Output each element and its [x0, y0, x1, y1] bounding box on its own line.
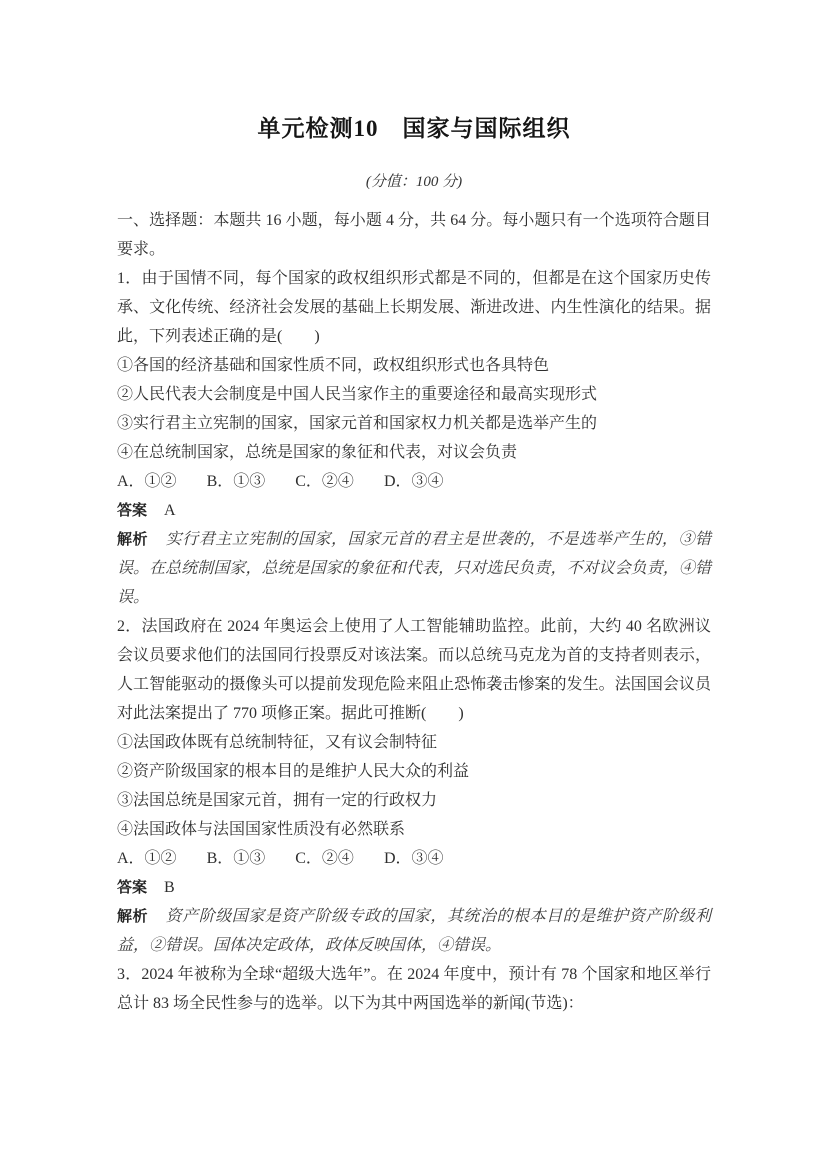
page-title: 单元检测10 国家与国际组织	[117, 112, 711, 145]
answer-label: 答案	[117, 879, 147, 896]
section-header: 一、选择题：本题共 16 小题，每小题 4 分，共 64 分。每小题只有一个选项…	[117, 206, 711, 264]
question-1-choice-row: A．①② B．①③ C．②④ D．③④	[117, 467, 711, 496]
question-1-option-1: ①各国的经济基础和国家性质不同，政权组织形式也各具特色	[117, 351, 711, 380]
choice-c: C．②④	[295, 844, 354, 873]
question-3-stem: 3．2024 年被称为全球“超级大选年”。在 2024 年度中，预计有 78 个…	[117, 960, 711, 1018]
question-1-option-3: ③实行君主立宪制的国家，国家元首和国家权力机关都是选举产生的	[117, 409, 711, 438]
question-1: 1．由于国情不同，每个国家的政权组织形式都是不同的，但都是在这个国家历史传承、文…	[117, 264, 711, 612]
question-2: 2．法国政府在 2024 年奥运会上使用了人工智能辅助监控。此前，大约 40 名…	[117, 612, 711, 960]
question-2-option-2: ②资产阶级国家的根本目的是维护人民大众的利益	[117, 757, 711, 786]
question-2-option-4: ④法国政体与法国国家性质没有必然联系	[117, 815, 711, 844]
analysis-label: 解析	[117, 908, 148, 925]
question-1-option-2: ②人民代表大会制度是中国人民当家作主的重要途径和最高实现形式	[117, 380, 711, 409]
analysis-text: 资产阶级国家是资产阶级专政的国家，其统治的根本目的是维护资产阶级利益，②错误。国…	[117, 908, 711, 954]
exam-document-page: 单元检测10 国家与国际组织 (分值：100 分) 一、选择题：本题共 16 小…	[0, 0, 827, 1169]
answer-label: 答案	[117, 502, 147, 519]
choice-c: C．②④	[295, 467, 354, 496]
question-2-option-1: ①法国政体既有总统制特征，又有议会制特征	[117, 728, 711, 757]
choice-a: A．①②	[117, 844, 177, 873]
score-note: (分值：100 分)	[117, 171, 711, 193]
question-2-choice-row: A．①② B．①③ C．②④ D．③④	[117, 844, 711, 873]
question-1-option-4: ④在总统制国家，总统是国家的象征和代表，对议会负责	[117, 438, 711, 467]
question-2-option-3: ③法国总统是国家元首，拥有一定的行政权力	[117, 786, 711, 815]
question-1-analysis-line: 解析 实行君主立宪制的国家，国家元首的君主是世袭的，不是选举产生的，③错误。在总…	[117, 525, 711, 612]
question-2-analysis-line: 解析 资产阶级国家是资产阶级专政的国家，其统治的根本目的是维护资产阶级利益，②错…	[117, 902, 711, 960]
document-content: 单元检测10 国家与国际组织 (分值：100 分) 一、选择题：本题共 16 小…	[0, 0, 827, 1018]
answer-value: A	[164, 502, 176, 519]
question-1-stem: 1．由于国情不同，每个国家的政权组织形式都是不同的，但都是在这个国家历史传承、文…	[117, 264, 711, 351]
question-3: 3．2024 年被称为全球“超级大选年”。在 2024 年度中，预计有 78 个…	[117, 960, 711, 1018]
question-2-answer-line: 答案 B	[117, 873, 711, 902]
question-1-answer-line: 答案 A	[117, 496, 711, 525]
question-2-stem: 2．法国政府在 2024 年奥运会上使用了人工智能辅助监控。此前，大约 40 名…	[117, 612, 711, 728]
answer-value: B	[164, 879, 175, 896]
analysis-label: 解析	[117, 531, 148, 548]
choice-a: A．①②	[117, 467, 177, 496]
choice-b: B．①③	[207, 467, 266, 496]
analysis-text: 实行君主立宪制的国家，国家元首的君主是世袭的，不是选举产生的，③错误。在总统制国…	[117, 531, 711, 606]
choice-d: D．③④	[384, 467, 444, 496]
choice-b: B．①③	[207, 844, 266, 873]
choice-d: D．③④	[384, 844, 444, 873]
